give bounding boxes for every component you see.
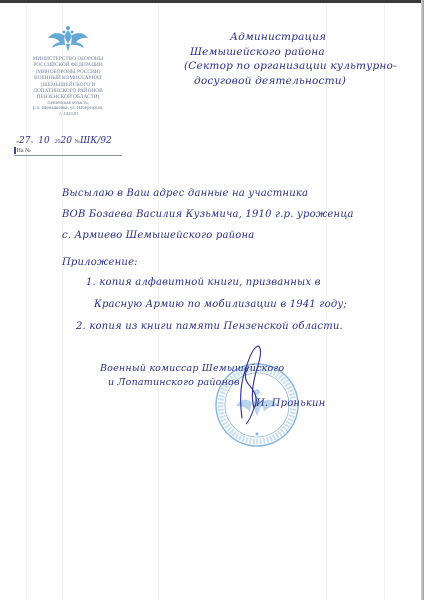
addressee-line: досуговой деятельности) xyxy=(184,74,414,89)
attachments-block: Приложение: 1. копия алфавитной книги, п… xyxy=(62,254,418,338)
signer-name: И. Пронькин xyxy=(256,398,325,409)
attachment-item: Красную Армию по мобилизации в 1941 году… xyxy=(62,294,418,316)
stamp-date-and-number: «27» 10 2020 №ШК/92 xyxy=(16,136,112,146)
letter-body: Высылаю в Ваш адрес данные на участника … xyxy=(62,183,418,246)
addressee-line: (Сектор по организации культурно- xyxy=(184,59,414,74)
body-line: ВОВ Бозаева Василия Кузьмича, 1910 г.р. … xyxy=(62,204,418,225)
attachment-item: 2. копия из книги памяти Пензенской обла… xyxy=(62,316,418,338)
scanned-letter-page: МИНИСТЕРСТВО ОБОРОНЫ РОССИЙСКОЙ ФЕДЕРАЦИ… xyxy=(0,0,424,600)
addressee-line: Шемышейского района xyxy=(184,45,414,60)
date-year: 20 xyxy=(60,136,71,146)
double-headed-eagle-icon xyxy=(46,24,90,54)
stamp-reference-line: На № xyxy=(14,147,122,156)
body-line: с. Армиево Шемышейского района xyxy=(62,225,418,246)
scan-border-top xyxy=(0,0,424,3)
military-commissariat-stamp: МИНИСТЕРСТВО ОБОРОНЫ РОССИЙСКОЙ ФЕДЕРАЦИ… xyxy=(18,24,118,118)
addressee-line: Администрация xyxy=(184,30,414,45)
handwritten-signature-icon xyxy=(220,338,280,428)
body-line: Высылаю в Ваш адрес данные на участника xyxy=(62,183,418,204)
outgoing-number: ШК/92 xyxy=(80,136,112,146)
attachment-item: 1. копия алфавитной книги, призванных в xyxy=(62,272,418,294)
attachments-heading: Приложение: xyxy=(62,254,418,272)
ink-mark xyxy=(14,147,16,154)
date-day: 27 xyxy=(19,136,30,146)
addressee-block: Администрация Шемышейского района (Секто… xyxy=(184,30,414,88)
date-month: 10 xyxy=(38,136,49,146)
stamp-address-line: 3, 442430 xyxy=(18,112,118,118)
